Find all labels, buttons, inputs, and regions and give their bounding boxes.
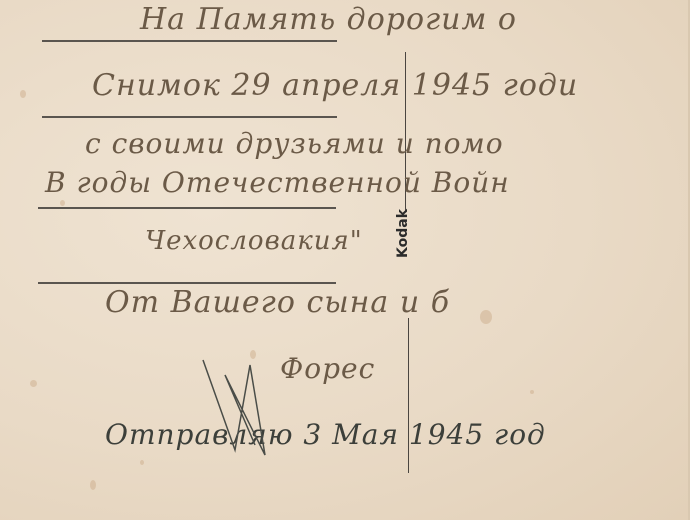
- stain: [60, 200, 65, 206]
- handwriting-line-4: В годы Отечественной Войн: [45, 166, 510, 199]
- signature: Форес: [280, 352, 375, 385]
- stain: [480, 310, 492, 324]
- handwriting-line-8: Отправляю 3 Мая 1945 год: [105, 418, 546, 451]
- handwriting-line-5: Чехословакия": [145, 226, 363, 256]
- address-rule: [42, 40, 337, 42]
- handwriting-line-6: От Вашего сына и б: [105, 285, 450, 320]
- kodak-stamp: Kodak: [395, 209, 411, 258]
- handwriting-line-2: Снимок 29 апреля 1945 годи: [92, 68, 578, 103]
- pencil-scribble: [195, 355, 275, 465]
- stain: [20, 90, 26, 98]
- address-rule: [38, 282, 336, 284]
- stain: [530, 390, 534, 394]
- postcard-back: На Память дорогим о Снимок 29 апреля 194…: [0, 0, 690, 520]
- handwriting-line-3: с своими друзьями и помо: [85, 127, 504, 160]
- handwriting-line-1: На Память дорогим о: [140, 2, 517, 37]
- address-rule: [42, 116, 337, 118]
- address-rule: [38, 207, 336, 209]
- stain: [30, 380, 37, 387]
- stain: [140, 460, 144, 465]
- stain: [90, 480, 96, 490]
